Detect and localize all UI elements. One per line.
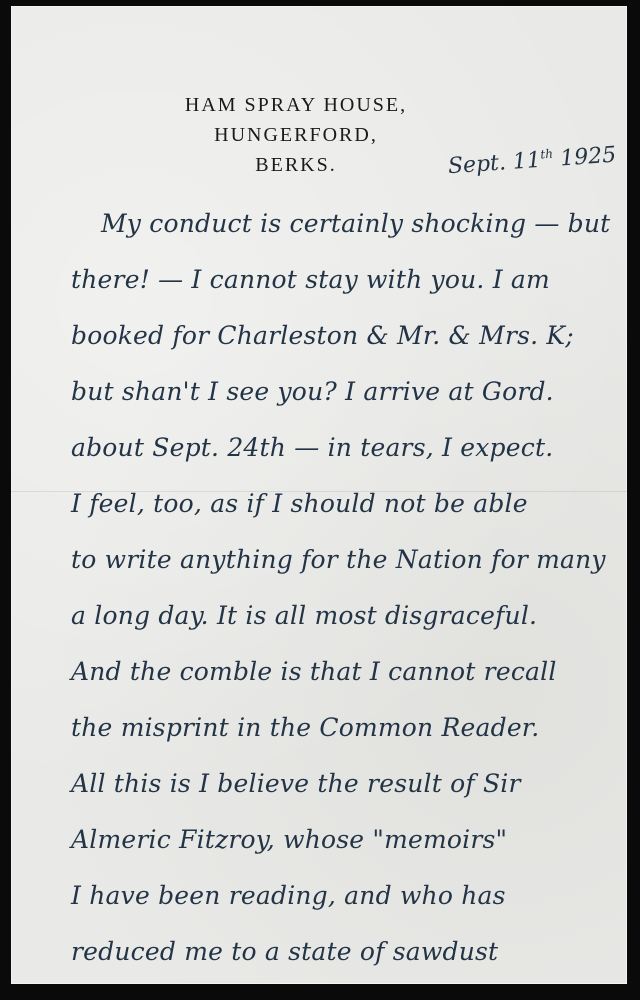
body-line: the misprint in the Common Reader.: [71, 700, 631, 756]
letter-date: Sept. 11th 1925: [447, 142, 617, 179]
letter-body: My conduct is certainly shocking — but t…: [71, 196, 631, 980]
body-line: but shan't I see you? I arrive at Gord.: [71, 364, 631, 420]
body-line: Almeric Fitzroy, whose "memoirs": [71, 812, 631, 868]
scan-frame: HAM SPRAY HOUSE, HUNGERFORD, BERKS. Sept…: [0, 0, 640, 1000]
date-ordinal: th: [540, 147, 554, 162]
letter-page: HAM SPRAY HOUSE, HUNGERFORD, BERKS. Sept…: [11, 6, 627, 984]
date-main: Sept. 11: [447, 148, 542, 179]
body-line: there! — I cannot stay with you. I am: [71, 252, 631, 308]
body-line: My conduct is certainly shocking — but: [71, 196, 631, 252]
body-line: reduced me to a state of sawdust: [71, 924, 631, 980]
date-year: 1925: [559, 143, 617, 172]
letterhead-line-2: HUNGERFORD,: [171, 120, 421, 150]
body-line: a long day. It is all most disgraceful.: [71, 588, 631, 644]
letterhead-line-3: BERKS.: [171, 150, 421, 180]
body-line: about Sept. 24th — in tears, I expect.: [71, 420, 631, 476]
body-line: booked for Charleston & Mr. & Mrs. K;: [71, 308, 631, 364]
body-line: All this is I believe the result of Sir: [71, 756, 631, 812]
body-line: I have been reading, and who has: [71, 868, 631, 924]
letterhead: HAM SPRAY HOUSE, HUNGERFORD, BERKS.: [171, 90, 421, 180]
body-line: I feel, too, as if I should not be able: [71, 476, 631, 532]
letterhead-line-1: HAM SPRAY HOUSE,: [171, 90, 421, 120]
body-line: And the comble is that I cannot recall: [71, 644, 631, 700]
body-line: to write anything for the Nation for man…: [71, 532, 631, 588]
